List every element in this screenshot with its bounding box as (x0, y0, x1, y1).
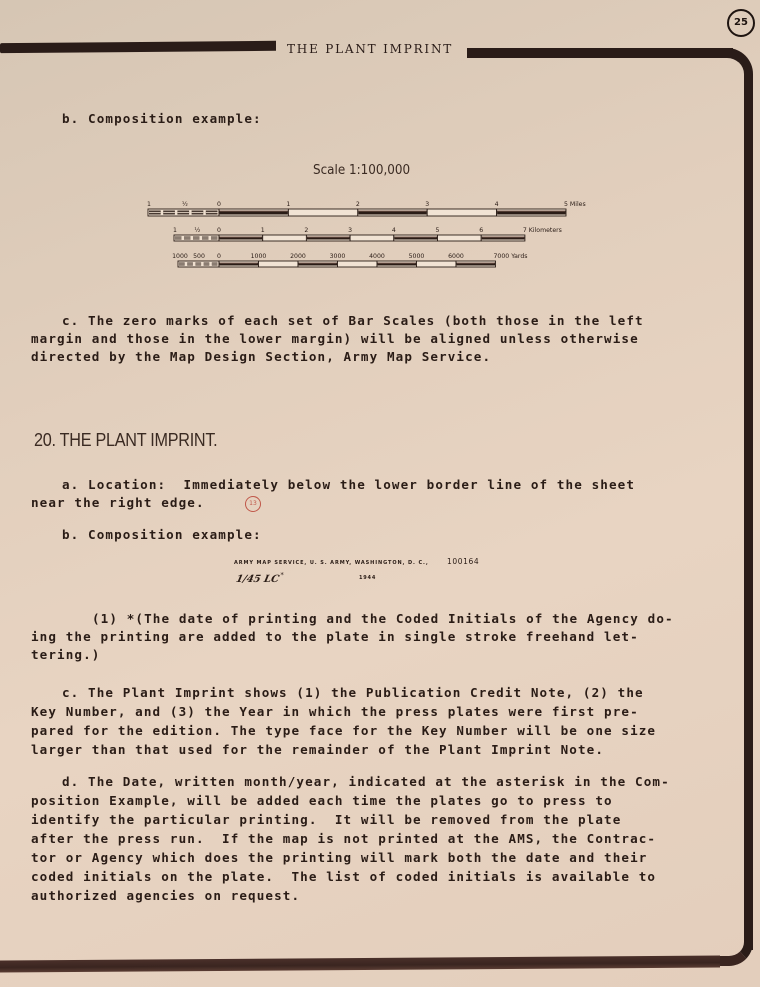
svg-text:4000: 4000 (369, 253, 385, 260)
paragraph-line: margin and those in the lower margin) wi… (31, 330, 639, 349)
svg-text:1000: 1000 (172, 253, 188, 260)
paragraph-line: tor or Agency which does the printing wi… (31, 849, 647, 868)
paragraph-line: (1) *(The date of printing and the Coded… (92, 610, 674, 629)
paragraph-line: tering.) (31, 646, 100, 665)
svg-text:4: 4 (495, 201, 499, 208)
imprint-year: 1944 (359, 575, 376, 581)
paragraph-line: Key Number, and (3) the Year in which th… (31, 703, 639, 722)
svg-text:5 Miles: 5 Miles (564, 201, 586, 208)
svg-text:1: 1 (147, 201, 151, 208)
svg-text:3: 3 (425, 201, 429, 208)
paragraph-line: coded initials on the plate. The list of… (31, 868, 656, 887)
imprint-asterisk: * (280, 571, 284, 579)
paragraph-line: identify the particular printing. It wil… (31, 811, 621, 830)
paragraph-line: ing the printing are added to the plate … (31, 628, 639, 647)
frame-rule-top-right (467, 48, 733, 58)
bar-scales-figure: 1½012345 Miles1½01234567 Kilometers10005… (140, 195, 600, 275)
item-b-composition-label: b. Composition example: (62, 110, 262, 129)
frame-rule-right (744, 80, 753, 950)
svg-text:3: 3 (348, 227, 352, 234)
paragraph-line: d. The Date, written month/year, indicat… (62, 773, 670, 792)
svg-text:5: 5 (436, 227, 440, 234)
imprint-credit-note: ARMY MAP SERVICE, U. S. ARMY, WASHINGTON… (234, 560, 429, 566)
svg-text:½: ½ (182, 200, 188, 208)
paragraph-line: c. The Plant Imprint shows (1) the Publi… (62, 684, 644, 703)
section-heading: 20. THE PLANT IMPRINT. (34, 430, 217, 451)
paragraph-line: position Example, will be added each tim… (31, 792, 613, 811)
imprint-key-number: 100164 (447, 557, 479, 566)
svg-text:1: 1 (261, 227, 265, 234)
page-number: 25 (727, 9, 755, 37)
paragraph-line: after the press run. If the map is not p… (31, 830, 656, 849)
paragraph-line: directed by the Map Design Section, Army… (31, 348, 491, 367)
frame-rule-top-left (0, 41, 276, 53)
svg-text:0: 0 (217, 227, 221, 234)
svg-text:2000: 2000 (290, 253, 306, 260)
item-b-composition-label: b. Composition example: (62, 526, 262, 545)
svg-text:2: 2 (356, 201, 360, 208)
svg-text:0: 0 (217, 253, 221, 260)
svg-text:0: 0 (217, 201, 221, 208)
svg-text:4: 4 (392, 227, 396, 234)
paragraph-line: c. The zero marks of each set of Bar Sca… (62, 312, 644, 331)
running-head: THE PLANT IMPRINT (287, 42, 453, 56)
svg-text:1: 1 (173, 227, 177, 234)
svg-text:½: ½ (194, 226, 200, 234)
svg-text:6: 6 (479, 227, 483, 234)
svg-text:3000: 3000 (330, 253, 346, 260)
paragraph-line: authorized agencies on request. (31, 887, 300, 906)
scale-title: Scale 1:100,000 (313, 163, 410, 178)
svg-text:1: 1 (286, 201, 290, 208)
paragraph-line: pared for the edition. The type face for… (31, 722, 656, 741)
paragraph-line: near the right edge. (31, 494, 205, 513)
imprint-handwritten-date: 1/45 LC (235, 574, 280, 585)
reference-circle-marker: 13 (245, 496, 261, 512)
paragraph-line: a. Location: Immediately below the lower… (62, 476, 635, 495)
svg-text:1000: 1000 (251, 253, 267, 260)
svg-text:2: 2 (304, 227, 308, 234)
svg-text:7 Kilometers: 7 Kilometers (523, 227, 562, 234)
paragraph-line: larger than that used for the remainder … (31, 741, 604, 760)
frame-rule-bottom (0, 955, 720, 972)
svg-text:7000 Yards: 7000 Yards (494, 253, 528, 260)
svg-text:5000: 5000 (409, 253, 425, 260)
svg-text:500: 500 (193, 253, 205, 260)
svg-text:6000: 6000 (448, 253, 464, 260)
